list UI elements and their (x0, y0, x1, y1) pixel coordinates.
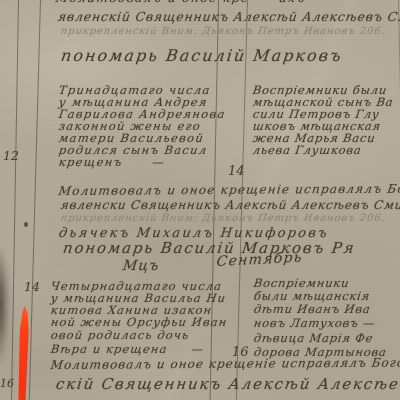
entry2-birth-line: овой родилась дочь (50, 330, 190, 342)
entry2-margin-number: 14 (24, 281, 40, 294)
corner-number: 16 (0, 378, 14, 389)
margin-rule-inner (29, 0, 41, 400)
register-page-scan: Молитвовалъ и оное кре — ихъ явленскій С… (0, 0, 400, 400)
top-line-3-faint: прикрепленскій Вним: Дьяконъ Петръ Ивано… (60, 27, 386, 37)
officiant-line-3-faint: прикрепленскій Вним: Дьяконъ Петръ Ивано… (60, 214, 386, 224)
entry2-godparent-line: дѣти Иванъ Ива (253, 304, 371, 316)
entry1-godparent-line: льева Глушкова (252, 145, 362, 157)
top-line-1: Молитвовалъ и оное кре — ихъ (55, 0, 307, 4)
margin-rule-outer (11, 0, 19, 400)
entry1-margin-number: 12 (3, 150, 19, 163)
month-name: Сентябрь (216, 251, 303, 269)
entry2-godparent-line: Воспріемники (253, 278, 350, 290)
top-line-2: явленскій Священникъ Алексѣй Алексѣевъ С… (57, 11, 400, 24)
page-edge-shadow (0, 246, 9, 364)
entry2-godparent-line: были мѣщанскія (253, 291, 371, 303)
month-abbr: Мцъ (122, 259, 160, 273)
entry2-birth-line: Вѣра и крещена — (50, 344, 205, 356)
bottom-line-2: скій Священникъ Алексѣй Алексѣевъ Смирно… (55, 377, 400, 392)
bottom-line-1: Молитвовалъ и оное крещеніе исправлялъ Б… (50, 356, 400, 371)
entry1-row-number: 14 (228, 165, 245, 178)
officiant-line-5-ponomar: пономарь Василій Марковъ Ря (62, 241, 356, 256)
entry1-birth-line: крещенъ — (58, 157, 166, 169)
officiant-line-2: явленски Священникъ Алексѣй Алексѣевъ См… (60, 199, 400, 211)
officiant-line-1: Молитвовалъ и оное крещеніе исправлялъ Б… (58, 182, 400, 197)
entry2-godparent-line: новъ Латуховъ — (253, 318, 376, 330)
red-marker-stroke (17, 306, 29, 400)
entry2-godparent-line: дѣвица Марія Фе (253, 333, 374, 345)
ink-blot (24, 222, 28, 227)
top-line-4-ponomar: пономарь Василій Марковъ (60, 48, 344, 64)
entry2-birth-line: ной жены Орсуфьи Иван (50, 317, 228, 329)
